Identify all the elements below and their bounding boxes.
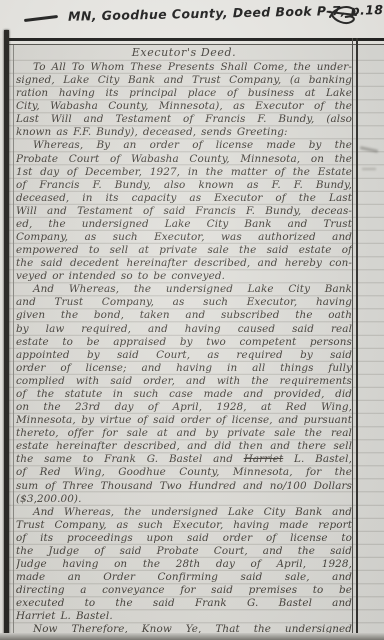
document-line: Harriet L. Bastel. <box>16 610 352 623</box>
document-line: of its proceedings upon said order of li… <box>16 532 352 545</box>
pen-dash-mark <box>24 15 58 22</box>
document-line: Company, as such Executor, was authorize… <box>16 231 352 244</box>
top-margin: MN, Goodhue County, Deed Book P-7, p.181 <box>0 0 384 38</box>
document-line: and Trust Company, as such Executor, hav… <box>16 296 352 309</box>
document-line: empowered to sell at private sale the sa… <box>16 244 352 257</box>
document-line: And Whereas, the undersigned Lake City B… <box>16 283 352 296</box>
document-line: of Francis F. Bundy, also known as F. F.… <box>16 179 352 192</box>
document-line: the Judge of said Probate Court, and the… <box>16 545 352 558</box>
document-line: Trust Company, as such Executor, having … <box>16 519 352 532</box>
scan-bottom-edge <box>0 633 384 640</box>
document-line: complied with said order, and with the r… <box>16 375 352 388</box>
document-line: To All To Whom These Presents Shall Come… <box>16 61 352 74</box>
document-line: veyed or intended so to be conveyed. <box>16 270 352 283</box>
scratched-out-mark <box>327 3 359 25</box>
document-line: known as F.F. Bundy), deceased, sends Gr… <box>16 126 352 139</box>
document-line: Last Will and Testament of Francis F. Bu… <box>16 113 352 126</box>
document-line: of Red Wing, Goodhue County, Minnesota, … <box>16 466 352 479</box>
document-title: Executor's Deed. <box>16 46 352 60</box>
document-line: Judge having on the 28th day of April, 1… <box>16 558 352 571</box>
document-line: deceased, in its capacity as Executor of… <box>16 192 352 205</box>
document-line: sum of Three Thousand Two Hundred and no… <box>16 480 352 493</box>
ink-bleed-mark <box>362 168 376 170</box>
document-line: Whereas, By an order of license made by … <box>16 139 352 152</box>
document-line: on the 23rd day of April, 1928, at Red W… <box>16 401 352 414</box>
document: Executor's Deed. To All To Whom These Pr… <box>16 46 352 636</box>
scanned-deed-page: MN, Goodhue County, Deed Book P-7, p.181… <box>0 0 384 640</box>
document-line: the said decedent hereinafter described,… <box>16 257 352 270</box>
top-border-thin-rule <box>4 44 384 45</box>
margin-annotation: MN, Goodhue County, Deed Book P-7, p.181 <box>68 3 328 23</box>
document-line: Will and Testament of said Francis F. Bu… <box>16 205 352 218</box>
document-line: executed to the said Frank G. Bastel and <box>16 597 352 610</box>
document-line: of the statute in such case made and pro… <box>16 388 352 401</box>
document-line: by law required, and having caused said … <box>16 323 352 336</box>
document-line: estate hereinafter described, and did th… <box>16 440 352 453</box>
document-line: signed, Lake City Bank and Trust Company… <box>16 74 352 87</box>
document-line: ed, the undersigned Lake City Bank and T… <box>16 218 352 231</box>
document-line: ration having its principal place of bus… <box>16 87 352 100</box>
right-margin-rule <box>352 38 353 640</box>
document-line: directing a conveyance for said premises… <box>16 584 352 597</box>
document-line: appointed by said Court, as required by … <box>16 349 352 362</box>
left-binding-line <box>4 30 9 640</box>
document-line: 1st day of December, 1927, in the matter… <box>16 166 352 179</box>
right-margin-rule-outer <box>356 38 358 640</box>
document-line: Minnesota, by virtue of said order of li… <box>16 414 352 427</box>
document-line: estate to be appraised by two competent … <box>16 336 352 349</box>
document-line: City, Wabasha County, Minnesota), as Exe… <box>16 100 352 113</box>
struck-word: Harriet <box>244 453 284 465</box>
document-line: Probate Court of Wabasha County, Minneso… <box>16 153 352 166</box>
document-body: To All To Whom These Presents Shall Come… <box>16 61 352 636</box>
document-line: thereto, offer for sale at and by privat… <box>16 427 352 440</box>
document-line: order of license; and having in all thin… <box>16 362 352 375</box>
document-line: And Whereas, the undersigned Lake City B… <box>16 506 352 519</box>
document-line: ($3,200.00). <box>16 493 352 506</box>
document-line: made an Order Confirming said sale, and <box>16 571 352 584</box>
document-line: the same to Frank G. Bastel and Harriet … <box>16 453 352 466</box>
left-margin-rule <box>13 45 14 640</box>
top-border-rule <box>4 38 384 41</box>
document-line: given the bond, taken and subscribed the… <box>16 309 352 322</box>
